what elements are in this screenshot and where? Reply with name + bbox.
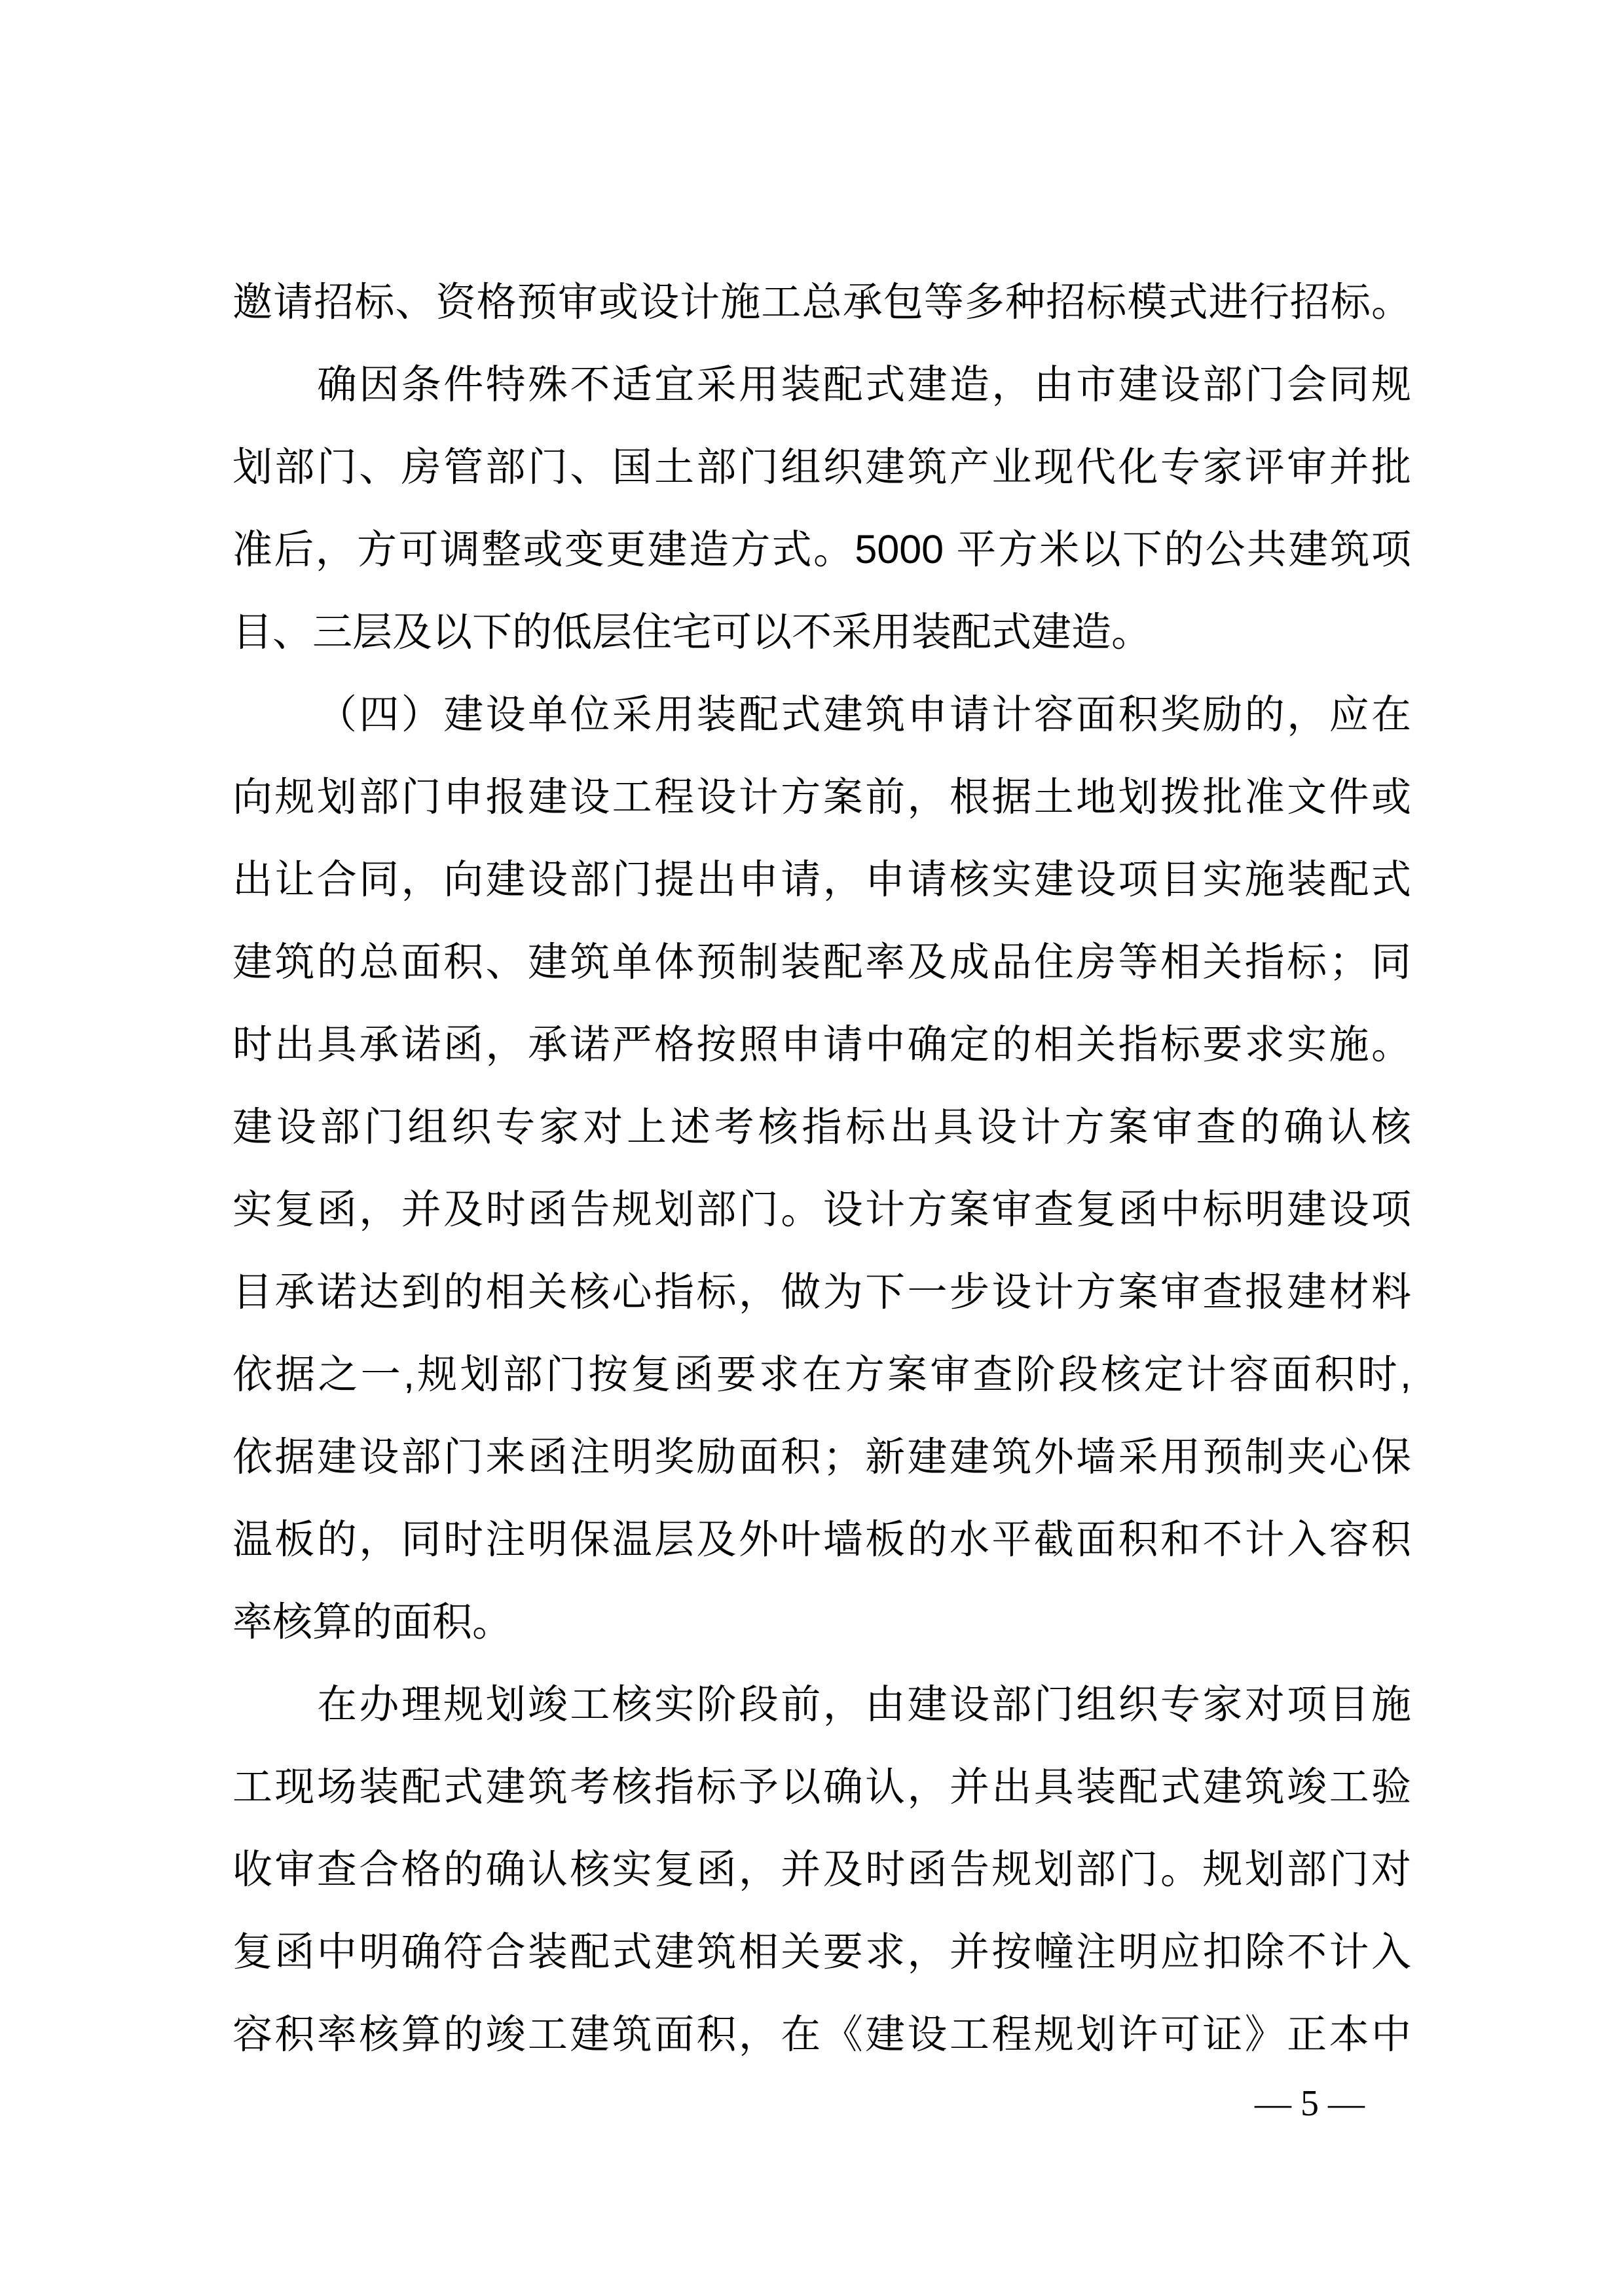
document-page: 邀请招标、资格预审或设计施工总承包等多种招标模式进行招标。确因条件特殊不适宜采用…	[0, 0, 1624, 2296]
body-line: 复函中明确符合装配式建筑相关要求，并按幢注明应扣除不计入	[232, 1927, 1411, 2010]
body-line: 依据之一,规划部门按复函要求在方案审查阶段核定计容面积时,	[232, 1350, 1411, 1432]
body-line: 温板的，同时注明保温层及外叶墙板的水平截面积和不计入容积	[232, 1515, 1411, 1597]
body-line: 目、三层及以下的低层住宅可以不采用装配式建造。	[232, 608, 1411, 690]
body-line: 划部门、房管部门、国土部门组织建筑产业现代化专家评审并批	[232, 443, 1411, 525]
body-line: 准后，方可调整或变更建造方式。5000 平方米以下的公共建筑项	[232, 525, 1411, 608]
body-line: 依据建设部门来函注明奖励面积；新建建筑外墙采用预制夹心保	[232, 1432, 1411, 1515]
body-line: 目承诺达到的相关核心指标，做为下一步设计方案审查报建材料	[232, 1267, 1411, 1350]
body-line: 建设部门组织专家对上述考核指标出具设计方案审查的确认核	[232, 1102, 1411, 1185]
body-line: 出让合同，向建设部门提出申请，申请核实建设项目实施装配式	[232, 855, 1411, 938]
body-text: 邀请招标、资格预审或设计施工总承包等多种招标模式进行招标。确因条件特殊不适宜采用…	[232, 278, 1411, 2092]
body-line: 工现场装配式建筑考核指标予以确认，并出具装配式建筑竣工验	[232, 1762, 1411, 1845]
body-line: 时出具承诺函，承诺严格按照申请中确定的相关指标要求实施。	[232, 1020, 1411, 1102]
page-number: — 5 —	[1244, 2083, 1375, 2124]
body-line: 收审查合格的确认核实复函，并及时函告规划部门。规划部门对	[232, 1845, 1411, 1927]
body-line: 建筑的总面积、建筑单体预制装配率及成品住房等相关指标；同	[232, 938, 1411, 1020]
body-line: 容积率核算的竣工建筑面积，在《建设工程规划许可证》正本中	[232, 2010, 1411, 2092]
body-line: 确因条件特殊不适宜采用装配式建造，由市建设部门会同规	[232, 360, 1411, 443]
body-line: （四）建设单位采用装配式建筑申请计容面积奖励的，应在	[232, 690, 1411, 773]
body-line: 在办理规划竣工核实阶段前，由建设部门组织专家对项目施	[232, 1680, 1411, 1762]
body-line: 实复函，并及时函告规划部门。设计方案审查复函中标明建设项	[232, 1185, 1411, 1267]
body-line: 率核算的面积。	[232, 1597, 1411, 1680]
body-line: 向规划部门申报建设工程设计方案前，根据土地划拨批准文件或	[232, 773, 1411, 855]
body-line: 邀请招标、资格预审或设计施工总承包等多种招标模式进行招标。	[232, 278, 1411, 360]
